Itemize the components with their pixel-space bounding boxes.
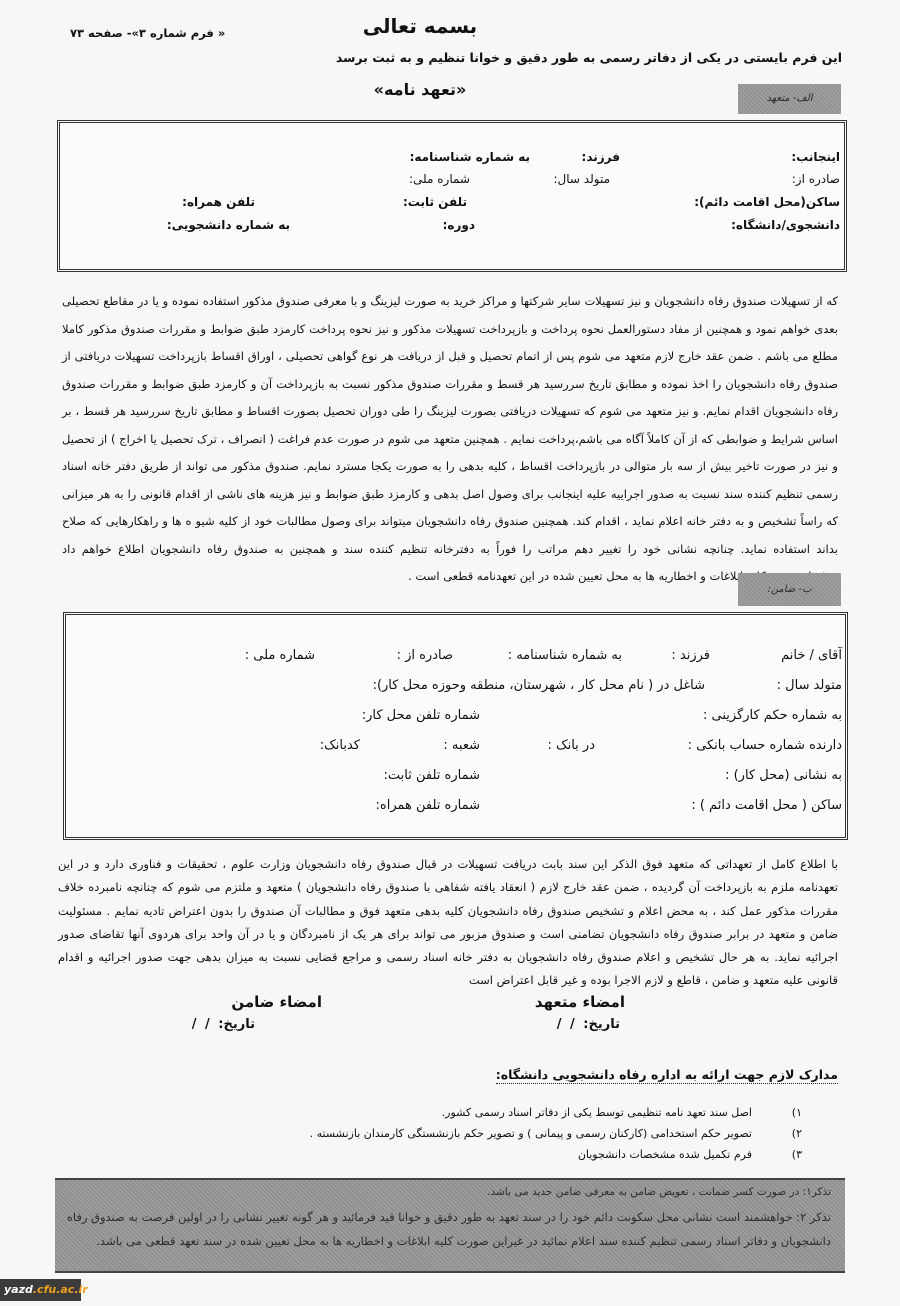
obligation-paragraph: که از تسهیلات صندوق رفاه دانشجویان و نیز… bbox=[62, 288, 838, 591]
student-university-field: دانشجوی/دانشگاه: bbox=[731, 218, 840, 232]
work-address-field: به نشانی (محل کار) : bbox=[725, 768, 842, 783]
note-line: دانشجویان و دفاتر اسناد رسمی تنظیم کننده… bbox=[96, 1234, 831, 1248]
form-instruction: این فرم بایستی در یکی از دفاتر رسمی به ط… bbox=[336, 50, 842, 65]
student-number-field: به شماره دانشجویی: bbox=[167, 218, 290, 232]
guarantor-resident-field: ساکن ( محل اقامت دائم ) : bbox=[691, 798, 842, 813]
course-field: دوره: bbox=[443, 218, 475, 232]
guarantor-child-of-field: فرزند : bbox=[671, 648, 710, 663]
doc-item: اصل سند تعهد نامه تنظیمی توسط یکی از دفا… bbox=[442, 1106, 752, 1119]
doc-item-number: ۳) bbox=[792, 1148, 802, 1161]
bank-code-field: کدبانک: bbox=[320, 738, 360, 753]
guarantor-signature-date: تاریخ: / / bbox=[192, 1017, 255, 1032]
guarantor-signature-label: امضاء ضامن bbox=[231, 993, 322, 1011]
obligor-signature-label: امضاء متعهد bbox=[535, 993, 625, 1011]
resident-field: ساکن(محل اقامت دائم): bbox=[694, 195, 840, 209]
doc-item: فرم تکمیل شده مشخصات دانشجویان bbox=[578, 1148, 752, 1161]
watermark-part-2: .cfu.ac.ir bbox=[33, 1283, 88, 1296]
issued-from-field: صادره از: bbox=[792, 172, 840, 186]
guarantor-id-number-field: به شماره شناسنامه : bbox=[508, 648, 622, 663]
mr-mrs-field: آقای / خانم bbox=[781, 648, 842, 663]
doc-item-number: ۱) bbox=[792, 1106, 802, 1119]
mobile-field: تلفن همراه: bbox=[182, 195, 255, 209]
national-id-field: شماره ملی: bbox=[409, 172, 470, 186]
section-a-tab: الف- متعهد bbox=[738, 84, 841, 114]
guarantor-issued-from-field: صادره از : bbox=[397, 648, 453, 663]
section-b-tab: ب- ضامن: bbox=[738, 573, 841, 606]
applicant-field: اینجانب: bbox=[791, 150, 840, 164]
guarantor-landline-field: شماره تلفن ثابت: bbox=[384, 768, 480, 783]
child-of-field: فرزند: bbox=[582, 150, 620, 164]
employed-at-field: شاغل در ( نام محل کار ، شهرستان، منطقه و… bbox=[373, 678, 705, 693]
bank-account-field: دارنده شماره حساب بانکی : bbox=[688, 738, 842, 753]
notes-box: تذکر۱: در صورت کسر ضمانت ، تعویض ضامن به… bbox=[55, 1178, 845, 1273]
required-docs-title: مدارک لازم جهت ارائه به اداره رفاه دانشج… bbox=[496, 1067, 838, 1084]
guarantor-paragraph: با اطلاع کامل از تعهداتی که متعهد فوق ال… bbox=[58, 853, 838, 993]
birth-year-field: متولد سال: bbox=[554, 172, 611, 186]
note-line: تذکر۱: در صورت کسر ضمانت ، تعویض ضامن به… bbox=[487, 1186, 831, 1198]
guarantor-national-id-field: شماره ملی : bbox=[245, 648, 315, 663]
id-number-field: به شماره شناسنامه: bbox=[410, 150, 530, 164]
bismillah-heading: بسمه تعالی bbox=[0, 14, 900, 38]
note-line: تذکر ۲: خواهشمند است نشانی محل سکونت دائ… bbox=[67, 1210, 831, 1224]
site-watermark: yazd.cfu.ac.ir bbox=[0, 1279, 81, 1301]
watermark-part-1: yazd bbox=[4, 1283, 33, 1296]
employment-decree-field: به شماره حکم کارگزینی : bbox=[703, 708, 842, 723]
guarantor-mobile-field: شماره تلفن همراه: bbox=[376, 798, 480, 813]
doc-item-number: ۲) bbox=[792, 1127, 802, 1140]
guarantor-birth-year-field: متولد سال : bbox=[777, 678, 842, 693]
branch-field: شعبه : bbox=[443, 738, 480, 753]
obligor-signature-date: تاریخ: / / bbox=[557, 1017, 620, 1032]
bank-field: در بانک : bbox=[547, 738, 595, 753]
landline-field: تلفن ثابت: bbox=[403, 195, 467, 209]
work-phone-field: شماره تلفن محل کار: bbox=[362, 708, 480, 723]
doc-item: تصویر حکم استخدامی (کارکنان رسمی و پیمان… bbox=[310, 1127, 752, 1140]
